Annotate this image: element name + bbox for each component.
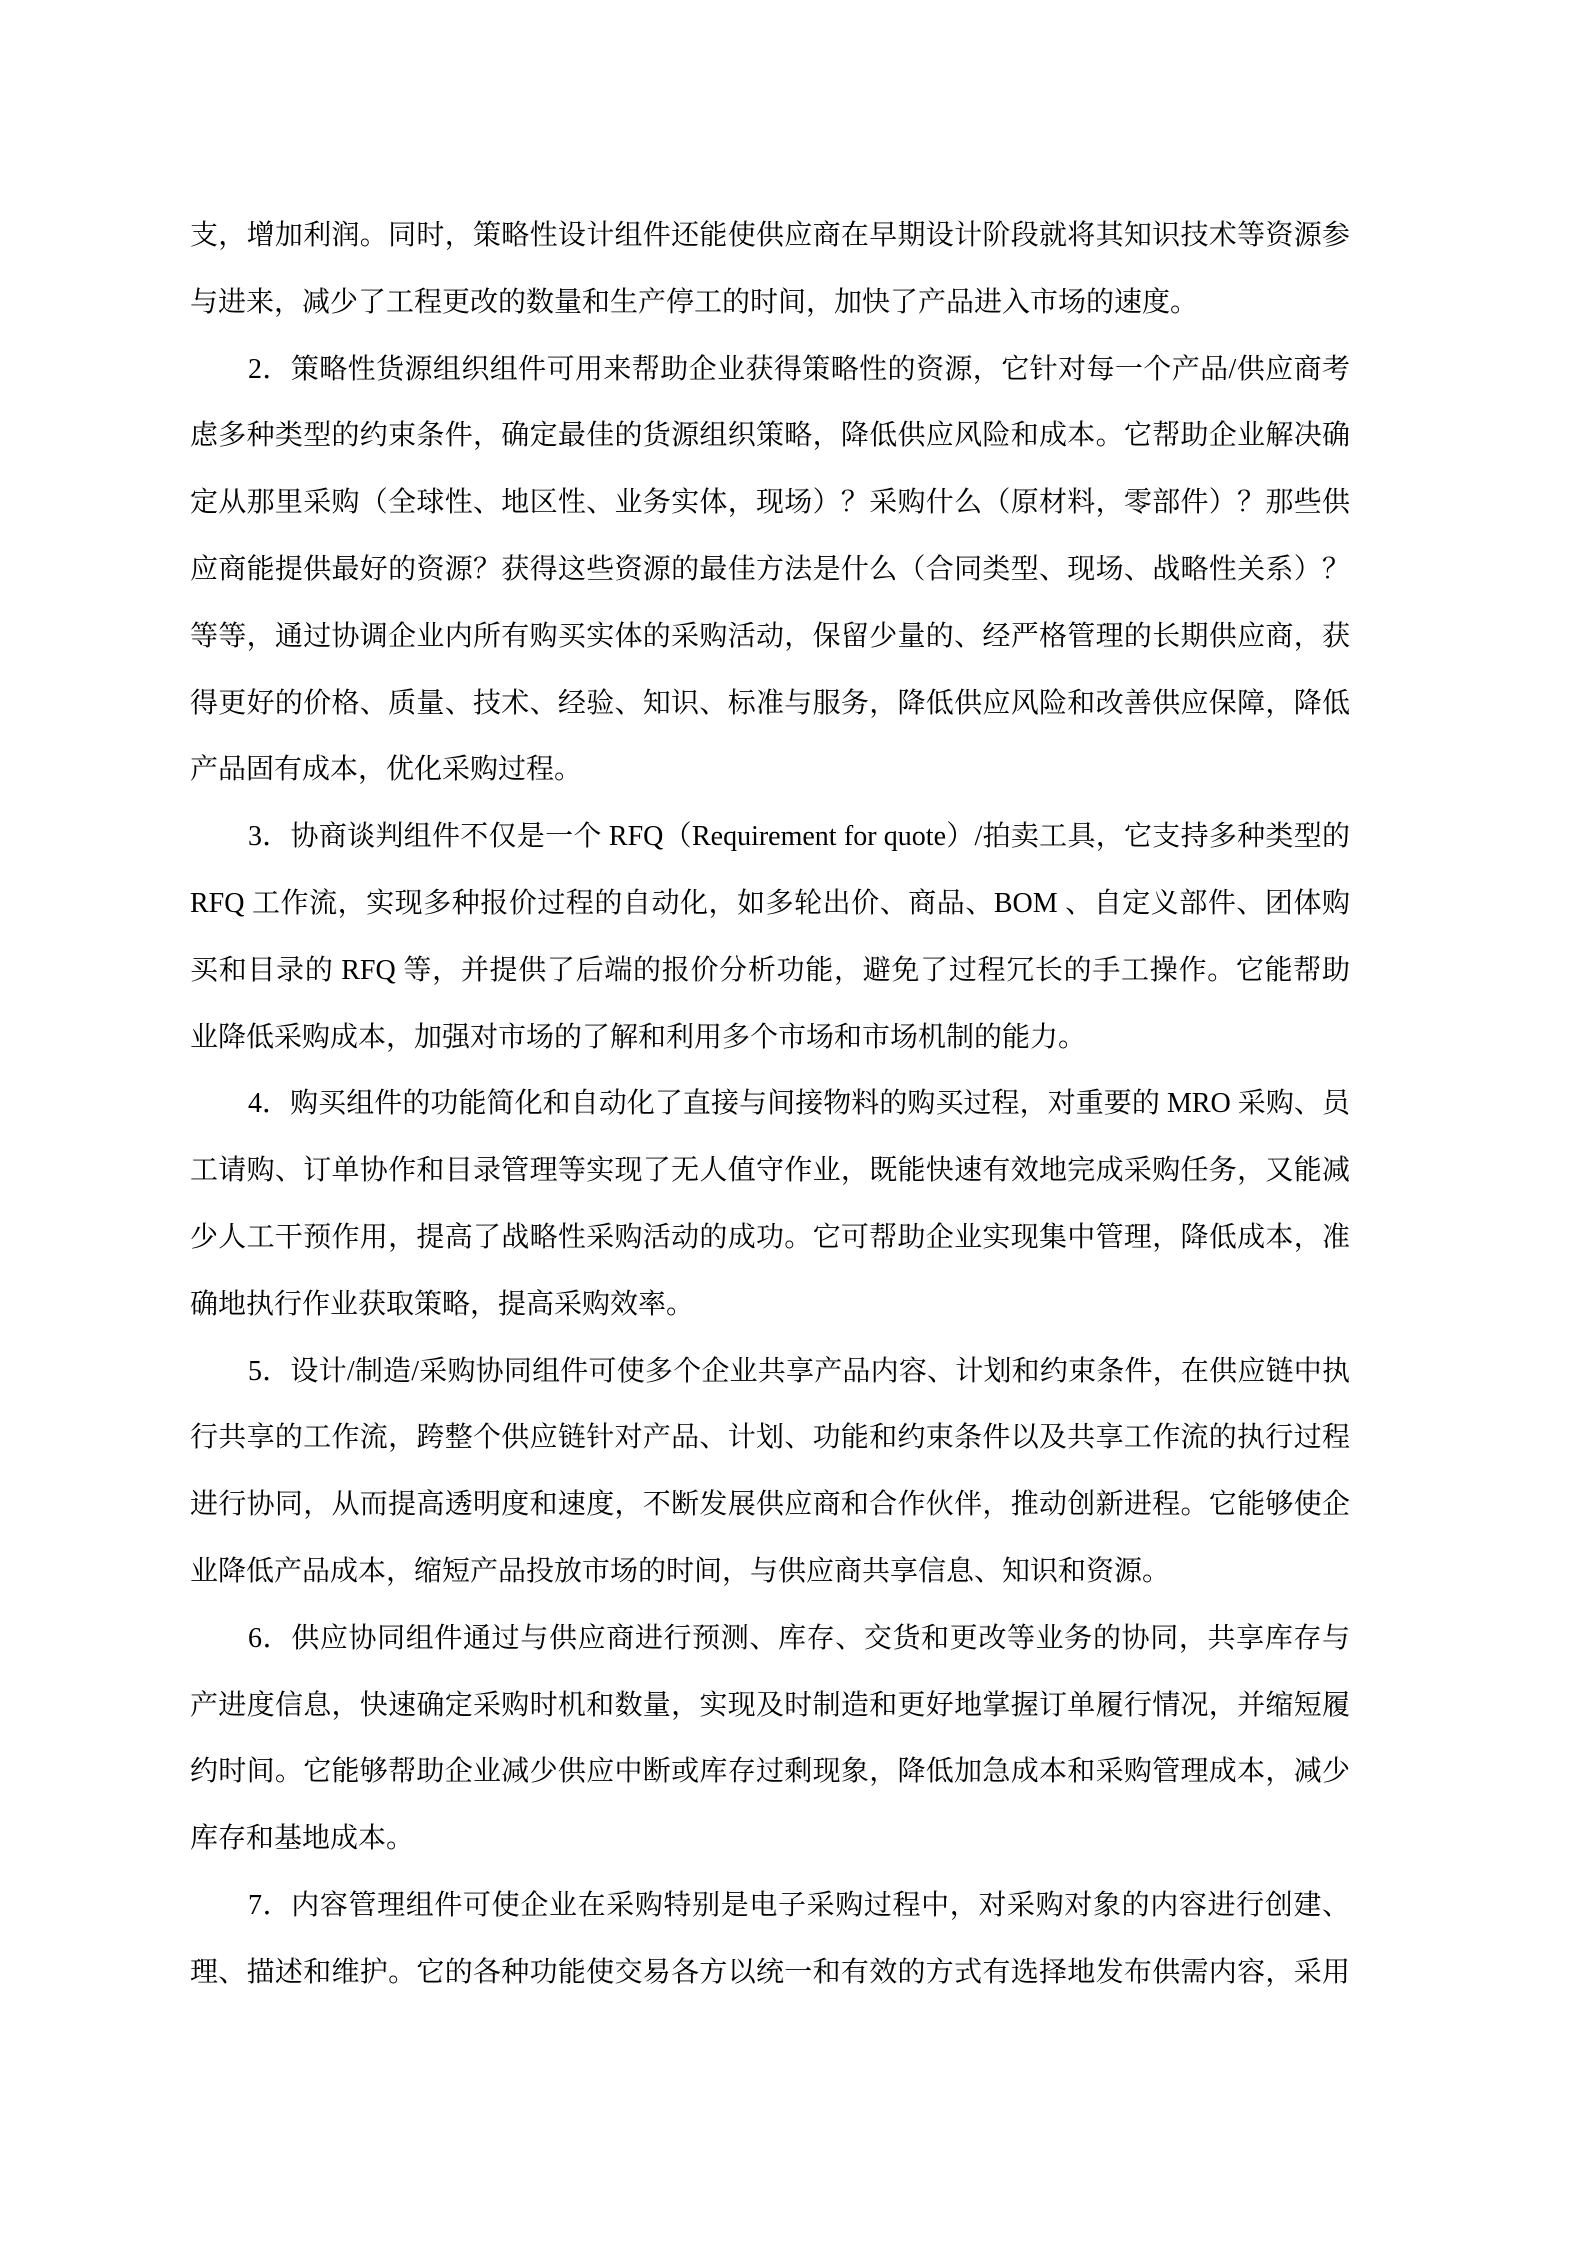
text-line: 与进来，减少了工程更改的数量和生产停工的时间，加快了产品进入市场的速度。: [190, 270, 1350, 337]
text-line: 业降低采购成本，加强对市场的了解和利用多个市场和市场机制的能力。: [190, 1005, 1350, 1072]
text-line: 工请购、订单协作和目录管理等实现了无人值守作业，既能快速有效地完成采购任务，又能…: [190, 1138, 1350, 1205]
text-line: 支，增加利润。同时，策略性设计组件还能使供应商在早期设计阶段就将其知识技术等资源…: [190, 203, 1350, 270]
text-line: RFQ 工作流，实现多种报价过程的自动化，如多轮出价、商品、BOM 、自定义部件…: [190, 871, 1350, 938]
text-line: 3．协商谈判组件不仅是一个 RFQ（Requirement for quote）…: [190, 804, 1350, 871]
text-line: 等等，通过协调企业内所有购买实体的采购活动，保留少量的、经严格管理的长期供应商，…: [190, 604, 1350, 671]
text-line: 定从那里采购（全球性、地区性、业务实体，现场）？采购什么（原材料，零部件）？那些…: [190, 470, 1350, 537]
text-line: 虑多种类型的约束条件，确定最佳的货源组织策略，降低供应风险和成本。它帮助企业解决…: [190, 403, 1350, 470]
text-line: 行共享的工作流，跨整个供应链针对产品、计划、功能和约束条件以及共享工作流的执行过…: [190, 1405, 1350, 1472]
text-line: 约时间。它能够帮助企业减少供应中断或库存过剩现象，降低加急成本和采购管理成本，减…: [190, 1739, 1350, 1806]
text-line: 产进度信息，快速确定采购时机和数量，实现及时制造和更好地掌握订单履行情况，并缩短…: [190, 1673, 1350, 1740]
document-page: 支，增加利润。同时，策略性设计组件还能使供应商在早期设计阶段就将其知识技术等资源…: [0, 0, 1587, 2245]
text-line: 少人工干预作用，提高了战略性采购活动的成功。它可帮助企业实现集中管理，降低成本，…: [190, 1205, 1350, 1272]
document-text-block: 支，增加利润。同时，策略性设计组件还能使供应商在早期设计阶段就将其知识技术等资源…: [190, 203, 1350, 2007]
text-line: 7．内容管理组件可使企业在采购特别是电子采购过程中，对采购对象的内容进行创建、管: [190, 1873, 1350, 1940]
text-line: 业降低产品成本，缩短产品投放市场的时间，与供应商共享信息、知识和资源。: [190, 1539, 1350, 1606]
text-line: 理、描述和维护。它的各种功能使交易各方以统一和有效的方式有选择地发布供需内容，采…: [190, 1940, 1350, 2007]
text-line: 产品固有成本，优化采购过程。: [190, 737, 1350, 804]
text-line: 进行协同，从而提高透明度和速度，不断发展供应商和合作伙伴，推动创新进程。它能够使…: [190, 1472, 1350, 1539]
text-line: 得更好的价格、质量、技术、经验、知识、标准与服务，降低供应风险和改善供应保障，降…: [190, 671, 1350, 738]
text-line: 买和目录的 RFQ 等，并提供了后端的报价分析功能，避免了过程冗长的手工操作。它…: [190, 938, 1350, 1005]
text-line: 4．购买组件的功能简化和自动化了直接与间接物料的购买过程，对重要的 MRO 采购…: [190, 1071, 1350, 1138]
text-line: 2．策略性货源组织组件可用来帮助企业获得策略性的资源，它针对每一个产品/供应商考: [190, 337, 1350, 404]
text-line: 确地执行作业获取策略，提高采购效率。: [190, 1272, 1350, 1339]
text-line: 库存和基地成本。: [190, 1806, 1350, 1873]
text-line: 应商能提供最好的资源？获得这些资源的最佳方法是什么（合同类型、现场、战略性关系）…: [190, 537, 1350, 604]
text-line: 6．供应协同组件通过与供应商进行预测、库存、交货和更改等业务的协同，共享库存与生: [190, 1606, 1350, 1673]
text-line: 5．设计/制造/采购协同组件可使多个企业共享产品内容、计划和约束条件，在供应链中…: [190, 1339, 1350, 1406]
